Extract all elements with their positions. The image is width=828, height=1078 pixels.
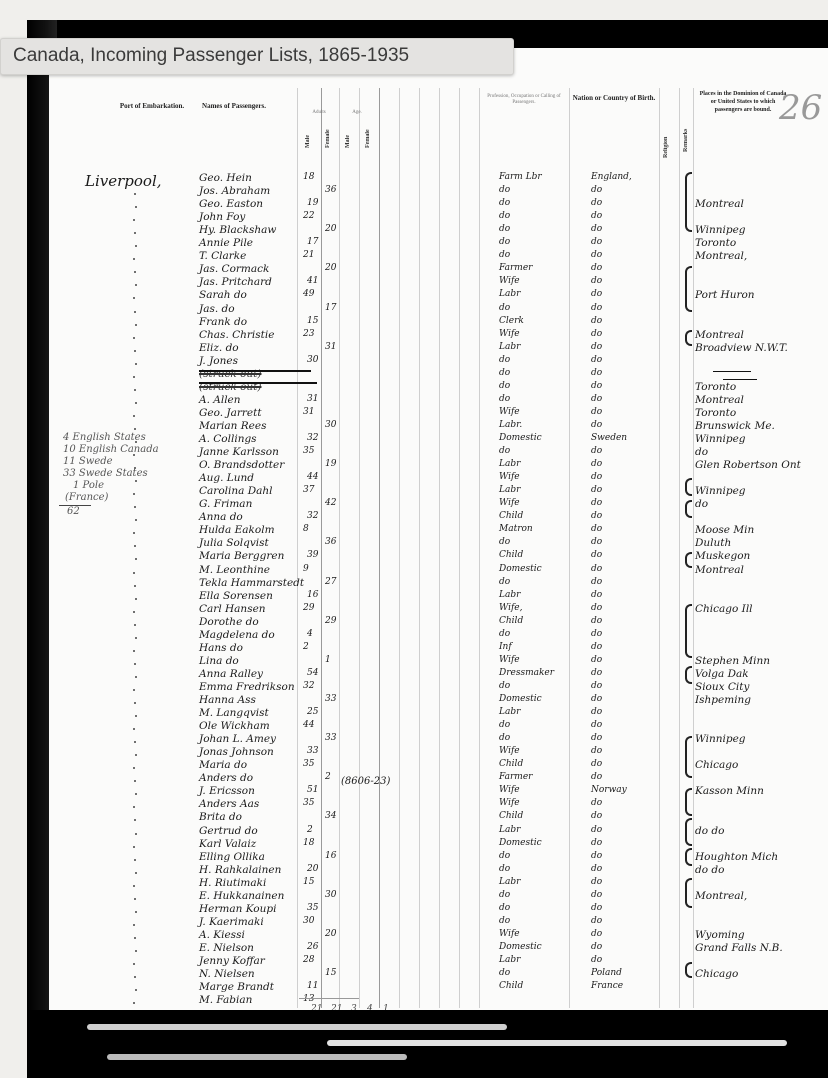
- passenger-age: 51: [307, 785, 318, 795]
- passenger-occupation: Labr: [499, 342, 520, 352]
- passenger-nationality: Poland: [591, 968, 622, 978]
- passenger-age: 20: [325, 929, 336, 939]
- passenger-destination: Ishpeming: [695, 694, 751, 706]
- passenger-nationality: do: [591, 577, 602, 587]
- passenger-nationality: do: [591, 459, 602, 469]
- ditto-mark: [133, 297, 135, 299]
- passenger-age: 30: [303, 916, 314, 926]
- passenger-destination: do do: [695, 864, 724, 876]
- passenger-nationality: do: [591, 564, 602, 574]
- passenger-age: 20: [325, 224, 336, 234]
- column-rule: [339, 88, 340, 1008]
- ditto-mark: [135, 676, 137, 678]
- passenger-occupation: do: [499, 968, 510, 978]
- passenger-occupation: Domestic: [499, 838, 542, 848]
- ditto-mark: [133, 415, 135, 417]
- passenger-name: Marian Rees: [199, 420, 266, 432]
- passenger-age: 29: [303, 603, 314, 613]
- margin-note: 4 English States: [63, 432, 146, 443]
- passenger-nationality: do: [591, 394, 602, 404]
- passenger-destination: Toronto: [695, 407, 736, 419]
- brace: [685, 500, 692, 518]
- passenger-occupation: do: [499, 733, 510, 743]
- passenger-occupation: do: [499, 355, 510, 365]
- passenger-nationality: do: [591, 289, 602, 299]
- passenger-occupation: do: [499, 185, 510, 195]
- passenger-age: 16: [325, 851, 336, 861]
- passenger-destination: Moose Min: [695, 524, 754, 536]
- passenger-age: 20: [325, 263, 336, 273]
- passenger-age: 19: [325, 459, 336, 469]
- passenger-nationality: do: [591, 590, 602, 600]
- column-rule: [479, 88, 480, 1008]
- ditto-mark: [135, 833, 137, 835]
- film-artifact: [107, 1054, 407, 1060]
- passenger-nationality: do: [591, 825, 602, 835]
- passenger-nationality: do: [591, 485, 602, 495]
- passenger-occupation: do: [499, 864, 510, 874]
- brace: [685, 266, 692, 312]
- passenger-destination: do do: [695, 825, 724, 837]
- brace: [685, 848, 692, 866]
- margin-note: 1 Pole: [73, 480, 104, 491]
- column-rule: [439, 88, 440, 1008]
- passenger-nationality: do: [591, 407, 602, 417]
- passenger-occupation: do: [499, 446, 510, 456]
- passenger-age: 17: [325, 303, 336, 313]
- passenger-age: 35: [303, 798, 314, 808]
- passenger-destination: Montreal: [695, 198, 744, 210]
- passenger-name: John Foy: [199, 211, 245, 223]
- passenger-age: 19: [307, 198, 318, 208]
- passenger-age: 29: [325, 616, 336, 626]
- passenger-nationality: do: [591, 537, 602, 547]
- collection-title-tooltip: Canada, Incoming Passenger Lists, 1865-1…: [0, 38, 514, 75]
- passenger-nationality: do: [591, 720, 602, 730]
- brace: [685, 478, 692, 496]
- passenger-age: 26: [307, 942, 318, 952]
- ditto-mark: [133, 258, 135, 260]
- passenger-age: 54: [307, 668, 318, 678]
- header-port: Port of Embarkation.: [107, 102, 197, 111]
- passenger-occupation: Wife: [499, 407, 520, 417]
- passenger-name: Anna Ralley: [199, 668, 263, 680]
- ditto-mark: [133, 846, 135, 848]
- passenger-age: 31: [325, 342, 336, 352]
- passenger-nationality: do: [591, 342, 602, 352]
- header-sex-f: Female: [325, 126, 331, 148]
- header-sex-m: Male: [305, 126, 311, 148]
- ditto-mark: [133, 337, 135, 339]
- ditto-mark: [134, 663, 136, 665]
- passenger-age: 23: [303, 329, 314, 339]
- passenger-age: 20: [307, 864, 318, 874]
- passenger-destination: Winnipeg: [695, 433, 746, 445]
- column-rule: [297, 88, 298, 1008]
- passenger-nationality: do: [591, 890, 602, 900]
- passenger-name: J. Jones: [199, 355, 238, 367]
- passenger-name: Tekla Hammarstedt: [199, 577, 304, 589]
- passenger-age: 42: [325, 498, 336, 508]
- passenger-occupation: Wife: [499, 329, 520, 339]
- passenger-nationality: do: [591, 368, 602, 378]
- passenger-nationality: do: [591, 616, 602, 626]
- ditto-mark: [133, 611, 135, 613]
- passenger-age: 34: [325, 811, 336, 821]
- passenger-occupation: Child: [499, 811, 523, 821]
- passenger-nationality: do: [591, 916, 602, 926]
- passenger-name: A. Allen: [199, 394, 241, 406]
- passenger-occupation: do: [499, 851, 510, 861]
- brace: [685, 666, 692, 684]
- passenger-nationality: do: [591, 237, 602, 247]
- passenger-nationality: do: [591, 642, 602, 652]
- passenger-nationality: do: [591, 746, 602, 756]
- passenger-occupation: do: [499, 890, 510, 900]
- passenger-age: 18: [303, 838, 314, 848]
- ditto-mark: [133, 924, 135, 926]
- passenger-name: Maria Berggren: [199, 550, 284, 562]
- passenger-name: Johan L. Amey: [199, 733, 276, 745]
- passenger-destination: Broadview N.W.T.: [695, 342, 788, 354]
- ditto-mark: [135, 989, 137, 991]
- passenger-destination: Port Huron: [695, 289, 755, 301]
- passenger-name: G. Friman: [199, 498, 252, 510]
- ditto-mark: [134, 585, 136, 587]
- passenger-destination: Winnipeg: [695, 733, 746, 745]
- ditto-mark: [135, 402, 137, 404]
- passenger-occupation: Inf: [499, 642, 512, 652]
- passenger-name: E. Hukkanainen: [199, 890, 284, 902]
- passenger-nationality: do: [591, 851, 602, 861]
- brace: [685, 172, 692, 232]
- ditto-mark: [134, 898, 136, 900]
- page-number: 26: [779, 88, 822, 128]
- passenger-age: 30: [325, 420, 336, 430]
- passenger-occupation: Child: [499, 759, 523, 769]
- passenger-age: 2: [303, 642, 309, 652]
- passenger-occupation: Wife: [499, 498, 520, 508]
- passenger-name: J. Ericsson: [199, 785, 255, 797]
- passenger-nationality: do: [591, 733, 602, 743]
- passenger-name: N. Nielsen: [199, 968, 255, 980]
- passenger-occupation: Domestic: [499, 564, 542, 574]
- header-religion: Religion: [663, 118, 669, 158]
- passenger-occupation: do: [499, 577, 510, 587]
- passenger-name: Magdelena do: [199, 629, 275, 641]
- passenger-nationality: do: [591, 524, 602, 534]
- passenger-nationality: do: [591, 511, 602, 521]
- ditto-mark: [133, 1002, 135, 1004]
- ditto-mark: [133, 963, 135, 965]
- passenger-nationality: do: [591, 668, 602, 678]
- margin-note: 33 Swede States: [63, 468, 148, 479]
- passenger-age: 33: [325, 733, 336, 743]
- passenger-name: Karl Valaiz: [199, 838, 256, 850]
- passenger-age: 22: [303, 211, 314, 221]
- passenger-occupation: do: [499, 916, 510, 926]
- header-remarks: Remarks: [683, 128, 689, 152]
- passenger-nationality: do: [591, 942, 602, 952]
- passenger-occupation: Wife: [499, 929, 520, 939]
- ditto-mark: [135, 911, 137, 913]
- margin-note: 10 English Canada: [63, 444, 159, 455]
- passenger-age: 36: [325, 537, 336, 547]
- passenger-destination: Toronto: [695, 381, 736, 393]
- ditto-mark: [134, 937, 136, 939]
- passenger-name: Aug. Lund: [199, 472, 254, 484]
- brace: [685, 788, 692, 816]
- passenger-nationality: do: [591, 316, 602, 326]
- film-edge-bottom: [27, 1010, 828, 1078]
- passenger-name: H. Riutimaki: [199, 877, 266, 889]
- ditto-mark: [134, 741, 136, 743]
- passenger-occupation: Labr: [499, 707, 520, 717]
- passenger-name: Lina do: [199, 655, 239, 667]
- ditto-mark: [134, 976, 136, 978]
- passenger-age: 32: [307, 511, 318, 521]
- passenger-occupation: Domestic: [499, 433, 542, 443]
- header-adults: Adults: [301, 110, 337, 116]
- passenger-name: Ole Wickham: [199, 720, 270, 732]
- passenger-nationality: do: [591, 420, 602, 430]
- passenger-age: 15: [303, 877, 314, 887]
- passenger-age: 37: [303, 485, 314, 495]
- passenger-name: Anders Aas: [199, 798, 259, 810]
- passenger-nationality: do: [591, 864, 602, 874]
- passenger-nationality: do: [591, 303, 602, 313]
- passenger-destination: Sioux City: [695, 681, 749, 693]
- passenger-occupation: Labr: [499, 825, 520, 835]
- passenger-occupation: Labr: [499, 459, 520, 469]
- passenger-age: 13: [303, 994, 314, 1004]
- ditto-mark: [133, 728, 135, 730]
- passenger-nationality: do: [591, 263, 602, 273]
- passenger-occupation: do: [499, 537, 510, 547]
- tooltip-text: Canada, Incoming Passenger Lists, 1865-1…: [13, 45, 409, 67]
- passenger-occupation: Farm Lbr: [499, 172, 542, 182]
- passenger-age: 17: [307, 237, 318, 247]
- passenger-occupation: Wife: [499, 472, 520, 482]
- column-rule: [679, 88, 680, 1008]
- passenger-nationality: do: [591, 498, 602, 508]
- passenger-occupation: Child: [499, 511, 523, 521]
- passenger-occupation: do: [499, 720, 510, 730]
- passenger-name: Hans do: [199, 642, 243, 654]
- strikeout-line: [199, 370, 311, 372]
- ditto-mark: [133, 767, 135, 769]
- destination-dash: [713, 371, 751, 372]
- ditto-mark: [133, 689, 135, 691]
- passenger-name: E. Nielson: [199, 942, 254, 954]
- passenger-occupation: Wife,: [499, 603, 523, 613]
- ditto-mark: [133, 885, 135, 887]
- passenger-name: Carolina Dahl: [199, 485, 273, 497]
- passenger-occupation: Domestic: [499, 942, 542, 952]
- passenger-occupation: do: [499, 198, 510, 208]
- passenger-nationality: do: [591, 276, 602, 286]
- passenger-destination: Toronto: [695, 237, 736, 249]
- passenger-nationality: do: [591, 759, 602, 769]
- passenger-occupation: Child: [499, 981, 523, 991]
- passenger-name: Ella Sorensen: [199, 590, 273, 602]
- passenger-name: Hy. Blackshaw: [199, 224, 276, 236]
- passenger-nationality: do: [591, 903, 602, 913]
- passenger-name: Jas. do: [199, 303, 235, 315]
- passenger-destination: Chicago: [695, 968, 738, 980]
- passenger-name: M. Fabian: [199, 994, 252, 1006]
- ditto-mark: [133, 532, 135, 534]
- passenger-name: O. Brandsdotter: [199, 459, 284, 471]
- passenger-name: Geo. Easton: [199, 198, 263, 210]
- passenger-occupation: Wife: [499, 785, 520, 795]
- ditto-mark: [134, 702, 136, 704]
- passenger-nationality: do: [591, 655, 602, 665]
- passenger-age: 30: [325, 890, 336, 900]
- brace: [685, 552, 692, 568]
- passenger-nationality: do: [591, 224, 602, 234]
- ditto-mark: [133, 806, 135, 808]
- passenger-name: A. Kiessi: [199, 929, 245, 941]
- passenger-occupation: Labr: [499, 590, 520, 600]
- port-entry: Liverpool,: [85, 172, 162, 190]
- passenger-occupation: Child: [499, 616, 523, 626]
- ditto-mark: [135, 206, 137, 208]
- passenger-occupation: Clerk: [499, 316, 524, 326]
- passenger-occupation: do: [499, 681, 510, 691]
- passenger-occupation: do: [499, 629, 510, 639]
- header-occupation: Profession, Occupation or Calling of Pas…: [481, 94, 567, 106]
- passenger-destination: Chicago: [695, 759, 738, 771]
- file-reference-note: (8606-23): [341, 776, 390, 787]
- passenger-occupation: Labr: [499, 955, 520, 965]
- passenger-nationality: Sweden: [591, 433, 627, 443]
- ditto-mark: [135, 598, 137, 600]
- passenger-age: 44: [303, 720, 314, 730]
- passenger-name: Hanna Ass: [199, 694, 256, 706]
- passenger-nationality: France: [591, 981, 623, 991]
- passenger-age: 30: [307, 355, 318, 365]
- passenger-nationality: do: [591, 929, 602, 939]
- passenger-destination: Wyoming: [695, 929, 745, 941]
- passenger-nationality: do: [591, 629, 602, 639]
- column-rule: [321, 88, 322, 1008]
- passenger-occupation: do: [499, 381, 510, 391]
- column-rule: [359, 88, 360, 1008]
- passenger-name: Chas. Christie: [199, 329, 274, 341]
- passenger-nationality: do: [591, 381, 602, 391]
- passenger-destination: Montreal: [695, 329, 744, 341]
- passenger-destination: Winnipeg: [695, 224, 746, 236]
- passenger-destination: Stephen Minn: [695, 655, 770, 667]
- passenger-age: 15: [325, 968, 336, 978]
- passenger-age: 18: [303, 172, 314, 182]
- passenger-nationality: do: [591, 250, 602, 260]
- passenger-occupation: do: [499, 224, 510, 234]
- passenger-occupation: do: [499, 237, 510, 247]
- ditto-mark: [134, 506, 136, 508]
- ditto-mark: [133, 493, 135, 495]
- brace: [685, 878, 692, 908]
- destination-dash: [723, 379, 757, 380]
- passenger-occupation: do: [499, 368, 510, 378]
- passenger-destination: Duluth: [695, 537, 731, 549]
- passenger-nationality: do: [591, 355, 602, 365]
- passenger-name: Carl Hansen: [199, 603, 266, 615]
- ditto-mark: [135, 284, 137, 286]
- passenger-name: Dorothe do: [199, 616, 259, 628]
- brace: [685, 818, 692, 846]
- passenger-nationality: do: [591, 603, 602, 613]
- passenger-name: Jenny Koffar: [199, 955, 265, 967]
- header-names: Names of Passengers.: [199, 102, 269, 111]
- passenger-nationality: do: [591, 681, 602, 691]
- passenger-age: 31: [303, 407, 314, 417]
- passenger-name: Gertrud do: [199, 825, 258, 837]
- passenger-destination: Kasson Minn: [695, 785, 764, 797]
- ditto-mark: [133, 650, 135, 652]
- passenger-name: Julia Solqvist: [199, 537, 269, 549]
- passenger-destination: Montreal: [695, 564, 744, 576]
- ditto-mark: [135, 480, 137, 482]
- ditto-mark: [135, 793, 137, 795]
- ditto-mark: [134, 545, 136, 547]
- ditto-mark: [134, 193, 136, 195]
- passenger-name: Jos. Abraham: [199, 185, 270, 197]
- passenger-age: 41: [307, 276, 318, 286]
- ditto-mark: [133, 572, 135, 574]
- passenger-nationality: do: [591, 838, 602, 848]
- ditto-mark: [134, 859, 136, 861]
- passenger-name: Hulda Eakolm: [199, 524, 275, 536]
- passenger-destination: Winnipeg: [695, 485, 746, 497]
- passenger-occupation: Labr: [499, 485, 520, 495]
- passenger-age: 33: [325, 694, 336, 704]
- passenger-name: Sarah do: [199, 289, 247, 301]
- ditto-mark: [135, 637, 137, 639]
- passenger-nationality: do: [591, 798, 602, 808]
- passenger-occupation: Wife: [499, 798, 520, 808]
- passenger-nationality: do: [591, 329, 602, 339]
- passenger-occupation: Child: [499, 550, 523, 560]
- passenger-occupation: Farmer: [499, 263, 532, 273]
- ditto-mark: [133, 376, 135, 378]
- passenger-destination: Montreal,: [695, 250, 747, 262]
- passenger-occupation: Farmer: [499, 772, 532, 782]
- passenger-nationality: England,: [591, 172, 632, 182]
- passenger-name: Geo. Hein: [199, 172, 252, 184]
- passenger-age: 21: [303, 250, 314, 260]
- scanned-document[interactable]: Port of Embarkation. Names of Passengers…: [27, 20, 828, 1078]
- column-rule: [419, 88, 420, 1008]
- passenger-name: Jonas Johnson: [199, 746, 274, 758]
- passenger-age: 15: [307, 316, 318, 326]
- margin-total: 62: [67, 506, 80, 517]
- brace: [685, 604, 692, 658]
- passenger-name: Maria do: [199, 759, 247, 771]
- passenger-age: 4: [307, 629, 313, 639]
- passenger-occupation: Dressmaker: [499, 668, 554, 678]
- passenger-nationality: do: [591, 446, 602, 456]
- totals-rule: [299, 998, 359, 999]
- ditto-mark: [135, 715, 137, 717]
- passenger-destination: Brunswick Me.: [695, 420, 775, 432]
- ditto-mark: [134, 350, 136, 352]
- passenger-age: 1: [325, 655, 331, 665]
- brace: [685, 962, 692, 978]
- ditto-mark: [134, 311, 136, 313]
- passenger-age: 25: [307, 707, 318, 717]
